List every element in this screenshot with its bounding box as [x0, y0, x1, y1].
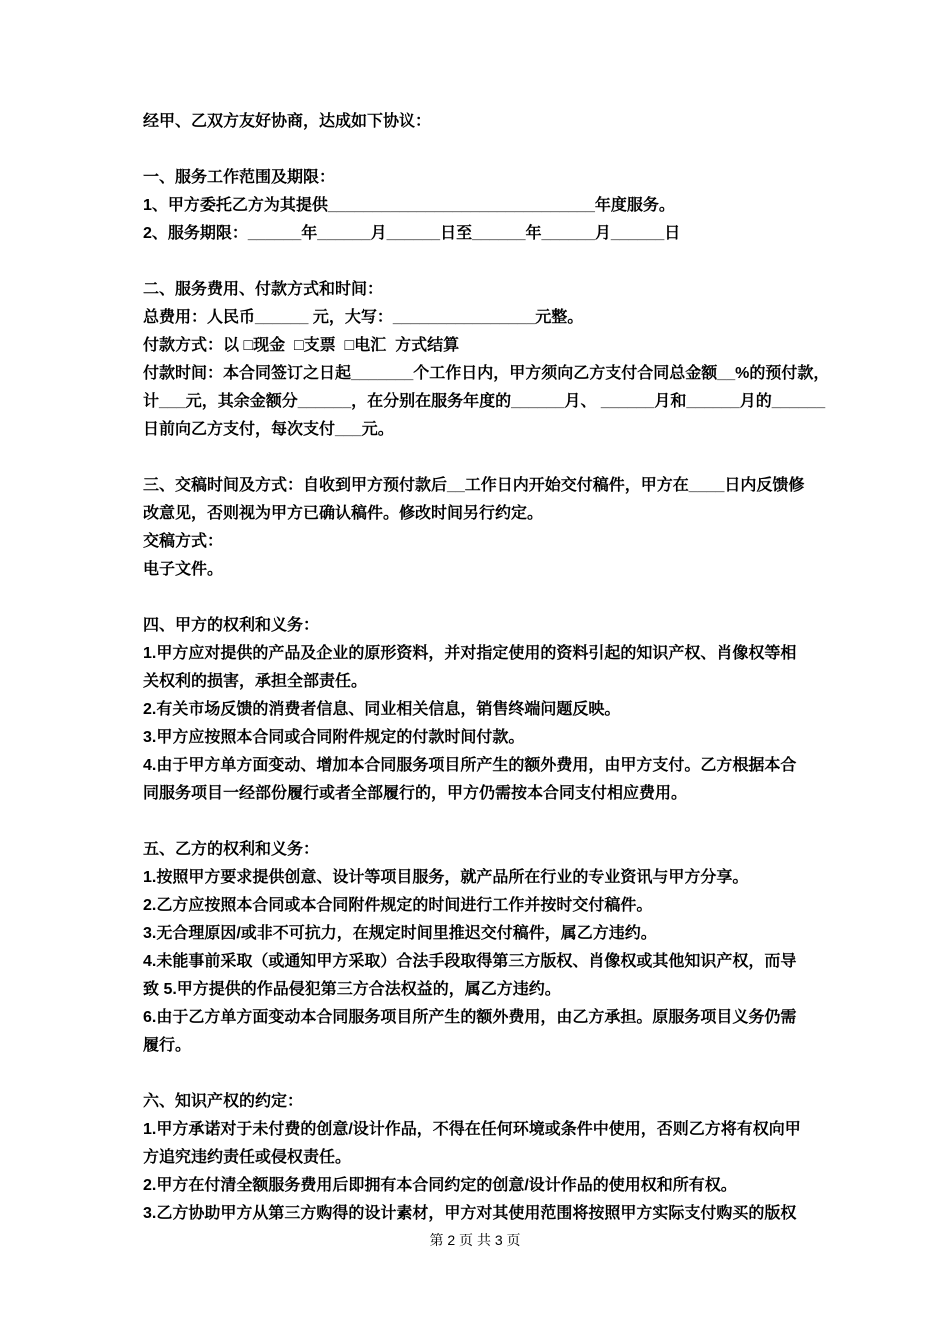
contract-line: 3.无合理原因/或非不可抗力，在规定时间里推迟交付稿件，属乙方违约。 — [143, 920, 850, 948]
contract-line: 日前向乙方支付，每次支付___元。 — [143, 416, 850, 444]
contract-line: 3.乙方协助甲方从第三方购得的设计素材，甲方对其使用范围将按照甲方实际支付购买的… — [143, 1200, 850, 1228]
contract-line: 交稿方式： — [143, 528, 850, 556]
contract-line: 计___元，其余金额分______，在分别在服务年度的______月、 ____… — [143, 388, 850, 416]
contract-line: 1.按照甲方要求提供创意、设计等项目服务，就产品所在行业的专业资讯与甲方分享。 — [143, 864, 850, 892]
contract-line: 电子文件。 — [143, 556, 850, 584]
contract-line: 2、服务期限：______年______月______日至______年____… — [143, 220, 850, 248]
section-delivery-heading-line: 三、交稿时间及方式：自收到甲方预付款后__工作日内开始交付稿件，甲方在____日… — [143, 472, 850, 500]
section-ip-terms: 六、知识产权的约定： 1.甲方承诺对于未付费的创意/设计作品，不得在任何环境或条… — [143, 1088, 850, 1228]
contract-body: 经甲、乙双方友好协商，达成如下协议： 一、服务工作范围及期限： 1、甲方委托乙方… — [143, 108, 850, 1228]
contract-line: 1.甲方应对提供的产品及企业的原形资料，并对指定使用的资料引起的知识产权、肖像权… — [143, 640, 850, 668]
section-party-b-rights: 五、乙方的权利和义务： 1.按照甲方要求提供创意、设计等项目服务，就产品所在行业… — [143, 836, 850, 1060]
contract-line: 2.有关市场反馈的消费者信息、同业相关信息，销售终端问题反映。 — [143, 696, 850, 724]
intro-line: 经甲、乙双方友好协商，达成如下协议： — [143, 108, 850, 136]
contract-line: 3.甲方应按照本合同或合同附件规定的付款时间付款。 — [143, 724, 850, 752]
section-party-a-rights-heading: 四、甲方的权利和义务： — [143, 612, 850, 640]
section-fees: 二、服务费用、付款方式和时间： 总费用：人民币______ 元，大写：_____… — [143, 276, 850, 444]
contract-line: 总费用：人民币______ 元，大写：________________元整。 — [143, 304, 850, 332]
section-delivery: 三、交稿时间及方式：自收到甲方预付款后__工作日内开始交付稿件，甲方在____日… — [143, 472, 850, 584]
contract-line: 4.未能事前采取（或通知甲方采取）合法手段取得第三方版权、肖像权或其他知识产权，… — [143, 948, 850, 976]
page-number-footer: 第 2 页 共 3 页 — [0, 1226, 950, 1254]
contract-line: 改意见，否则视为甲方已确认稿件。修改时间另行约定。 — [143, 500, 850, 528]
contract-line: 关权利的损害，承担全部责任。 — [143, 668, 850, 696]
contract-page: 经甲、乙双方友好协商，达成如下协议： 一、服务工作范围及期限： 1、甲方委托乙方… — [0, 0, 950, 1344]
contract-line: 付款时间：本合同签订之日起_______个工作日内，甲方须向乙方支付合同总金额_… — [143, 360, 850, 388]
contract-line: 履行。 — [143, 1032, 850, 1060]
contract-line: 方追究违约责任或侵权责任。 — [143, 1144, 850, 1172]
contract-line: 1.甲方承诺对于未付费的创意/设计作品，不得在任何环境或条件中使用，否则乙方将有… — [143, 1116, 850, 1144]
contract-line: 致 5.甲方提供的作品侵犯第三方合法权益的，属乙方违约。 — [143, 976, 850, 1004]
contract-line: 1、甲方委托乙方为其提供____________________________… — [143, 192, 850, 220]
contract-line: 2.乙方应按照本合同或本合同附件规定的时间进行工作并按时交付稿件。 — [143, 892, 850, 920]
section-ip-terms-heading: 六、知识产权的约定： — [143, 1088, 850, 1116]
section-fees-heading: 二、服务费用、付款方式和时间： — [143, 276, 850, 304]
section-scope-heading: 一、服务工作范围及期限： — [143, 164, 850, 192]
payment-method-checkbox-line: 付款方式：以 □现金 □支票 □电汇 方式结算 — [143, 332, 850, 360]
contract-line: 6.由于乙方单方面变动本合同服务项目所产生的额外费用，由乙方承担。原服务项目义务… — [143, 1004, 850, 1032]
section-party-b-rights-heading: 五、乙方的权利和义务： — [143, 836, 850, 864]
contract-line: 2.甲方在付清全额服务费用后即拥有本合同约定的创意/设计作品的使用权和所有权。 — [143, 1172, 850, 1200]
contract-line: 4.由于甲方单方面变动、增加本合同服务项目所产生的额外费用，由甲方支付。乙方根据… — [143, 752, 850, 780]
contract-line: 同服务项目一经部份履行或者全部履行的，甲方仍需按本合同支付相应费用。 — [143, 780, 850, 808]
section-scope: 一、服务工作范围及期限： 1、甲方委托乙方为其提供_______________… — [143, 164, 850, 248]
section-party-a-rights: 四、甲方的权利和义务： 1.甲方应对提供的产品及企业的原形资料，并对指定使用的资… — [143, 612, 850, 808]
